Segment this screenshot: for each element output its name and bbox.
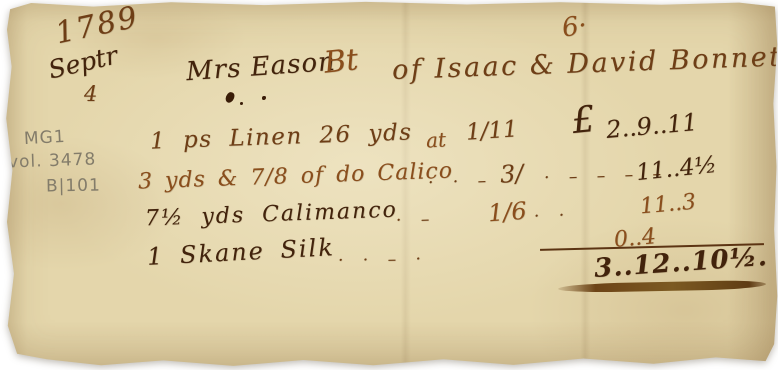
date-month: Septr bbox=[46, 41, 121, 85]
dot-leader: · · – · bbox=[338, 249, 428, 271]
item-description: 7½ yds Calimanco bbox=[145, 198, 399, 232]
item-amount: 11..3 bbox=[639, 190, 697, 220]
item-amount: 11..4½ bbox=[635, 152, 718, 186]
merchant-line: of Isaac & David Bonnett bbox=[392, 41, 778, 86]
customer-name: Mrs Eason bbox=[185, 47, 337, 87]
archive-note-line2: vol. 3478 bbox=[8, 149, 97, 172]
item-at-label: at bbox=[425, 127, 447, 152]
ink-speck bbox=[240, 102, 243, 105]
total-underline bbox=[558, 280, 766, 293]
currency-symbol: £ bbox=[570, 99, 597, 142]
dot-leader: · · – bbox=[428, 171, 494, 193]
item-description: 1 Skane Silk bbox=[146, 233, 335, 271]
archive-note-line1: MG1 bbox=[24, 127, 67, 149]
bought-abbreviation: Bt bbox=[322, 42, 360, 80]
dot-leader: · · bbox=[534, 205, 572, 226]
date-day: 4 bbox=[84, 82, 97, 106]
item-rate: 1/6 bbox=[487, 197, 527, 228]
scan-background: 1789 Septr 4 MG1 vol. 3478 B|101 Mrs Eas… bbox=[0, 0, 778, 370]
header-flourish: 6· bbox=[560, 10, 589, 43]
item-rate: 3/ bbox=[499, 159, 524, 189]
item-description: 1 ps Linen 26 yds bbox=[150, 119, 413, 154]
item-rate: 1/11 bbox=[465, 116, 518, 146]
item-description: 3 yds & 7/8 of do Calico bbox=[138, 159, 454, 195]
ink-speck2 bbox=[262, 96, 266, 100]
dot-leader: · – bbox=[396, 209, 437, 230]
archive-note-line3: B|101 bbox=[46, 176, 101, 197]
ink-blot bbox=[224, 91, 235, 104]
item-amount: 2..9..11 bbox=[605, 108, 699, 144]
receipt-paper: 1789 Septr 4 MG1 vol. 3478 B|101 Mrs Eas… bbox=[0, 0, 778, 370]
